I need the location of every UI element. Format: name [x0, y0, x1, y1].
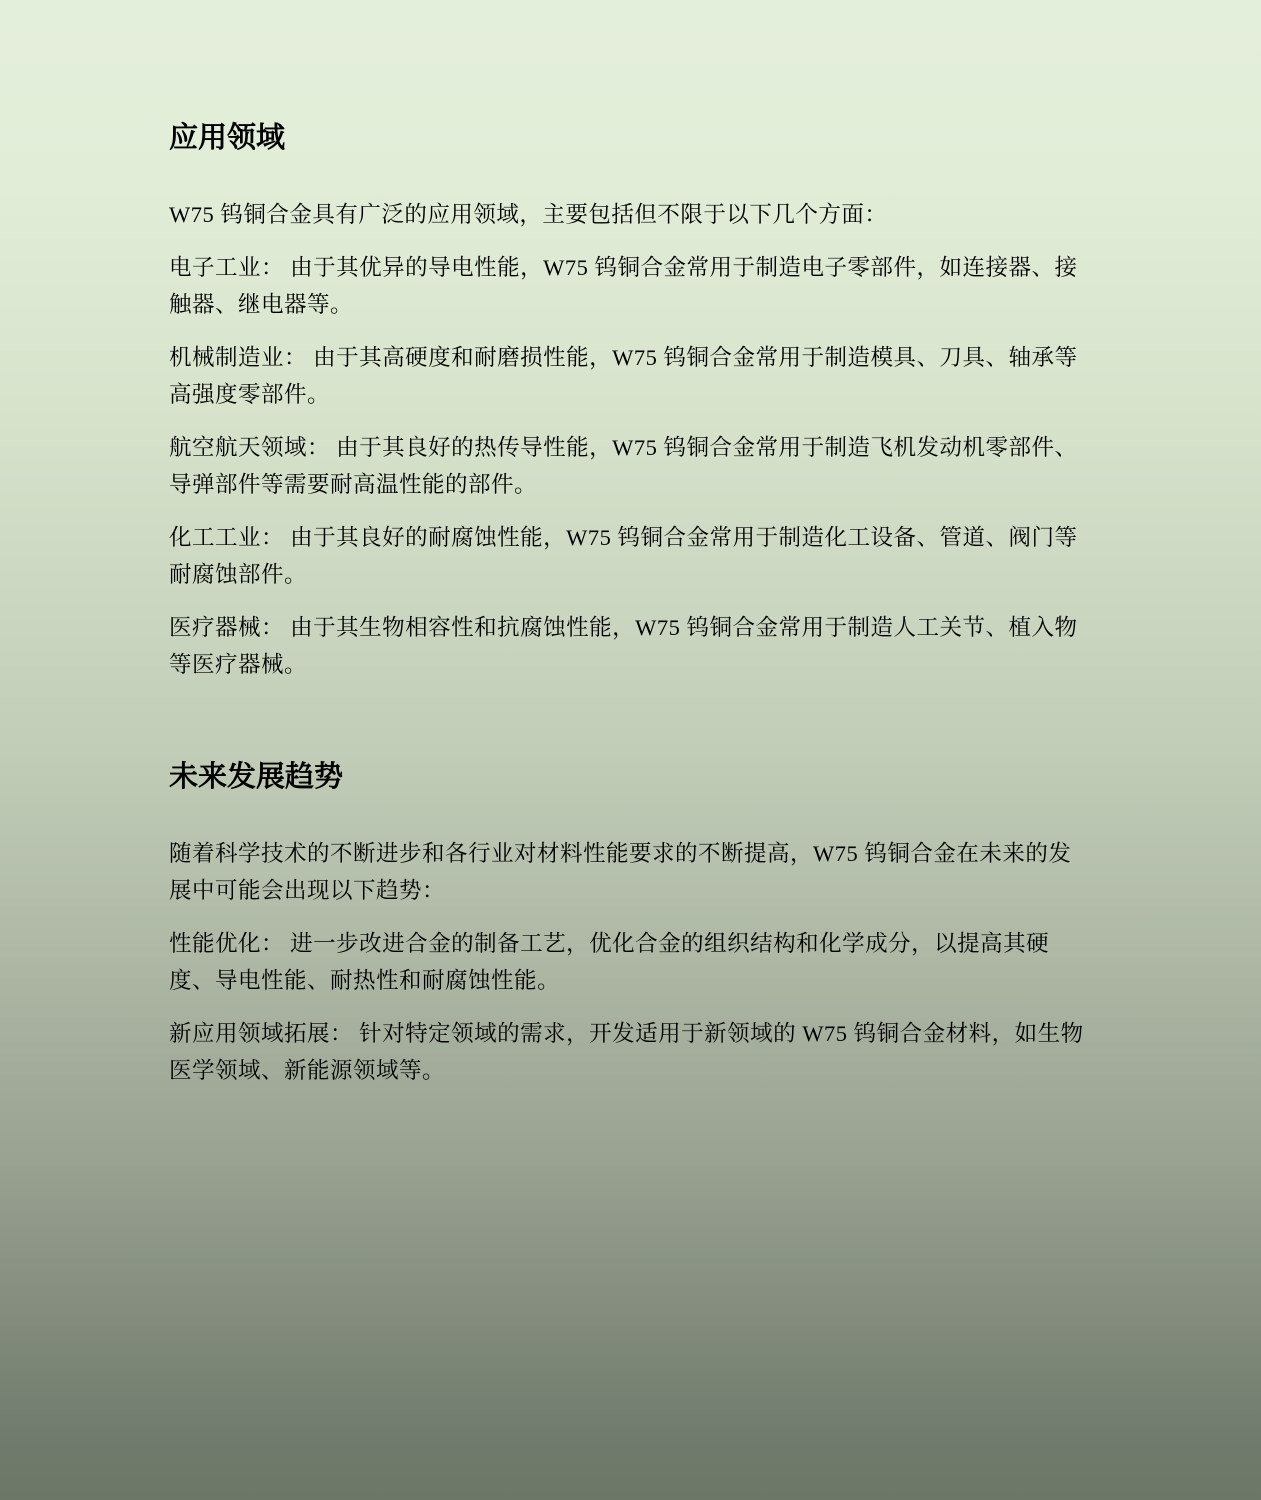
- section-heading-applications: 应用领域: [169, 121, 1092, 156]
- document-page: 应用领域 W75 钨铜合金具有广泛的应用领域，主要包括但不限于以下几个方面： 电…: [169, 0, 1092, 1090]
- paragraph-applications-intro: W75 钨铜合金具有广泛的应用领域，主要包括但不限于以下几个方面：: [169, 196, 1092, 234]
- paragraph-machinery-manufacturing: 机械制造业： 由于其高硬度和耐磨损性能，W75 钨铜合金常用于制造模具、刀具、轴…: [169, 339, 1092, 414]
- paragraph-medical-devices: 医疗器械： 由于其生物相容性和抗腐蚀性能，W75 钨铜合金常用于制造人工关节、植…: [169, 609, 1092, 684]
- document-background: { "page": { "text_color": "#000000", "ba…: [0, 0, 1261, 1500]
- paragraph-performance-optimization: 性能优化： 进一步改进合金的制备工艺，优化合金的组织结构和化学成分，以提高其硬度…: [169, 925, 1092, 1000]
- paragraph-chemical-industry: 化工工业： 由于其良好的耐腐蚀性能，W75 钨铜合金常用于制造化工设备、管道、阀…: [169, 519, 1092, 594]
- paragraph-new-application-expansion: 新应用领域拓展： 针对特定领域的需求，开发适用于新领域的 W75 钨铜合金材料，…: [169, 1015, 1092, 1090]
- paragraph-electronics-industry: 电子工业： 由于其优异的导电性能，W75 钨铜合金常用于制造电子零部件，如连接器…: [169, 249, 1092, 324]
- paragraph-aerospace-field: 航空航天领域： 由于其良好的热传导性能，W75 钨铜合金常用于制造飞机发动机零部…: [169, 429, 1092, 504]
- section-heading-future-trends: 未来发展趋势: [169, 760, 1092, 795]
- paragraph-trends-intro: 随着科学技术的不断进步和各行业对材料性能要求的不断提高，W75 钨铜合金在未来的…: [169, 835, 1092, 910]
